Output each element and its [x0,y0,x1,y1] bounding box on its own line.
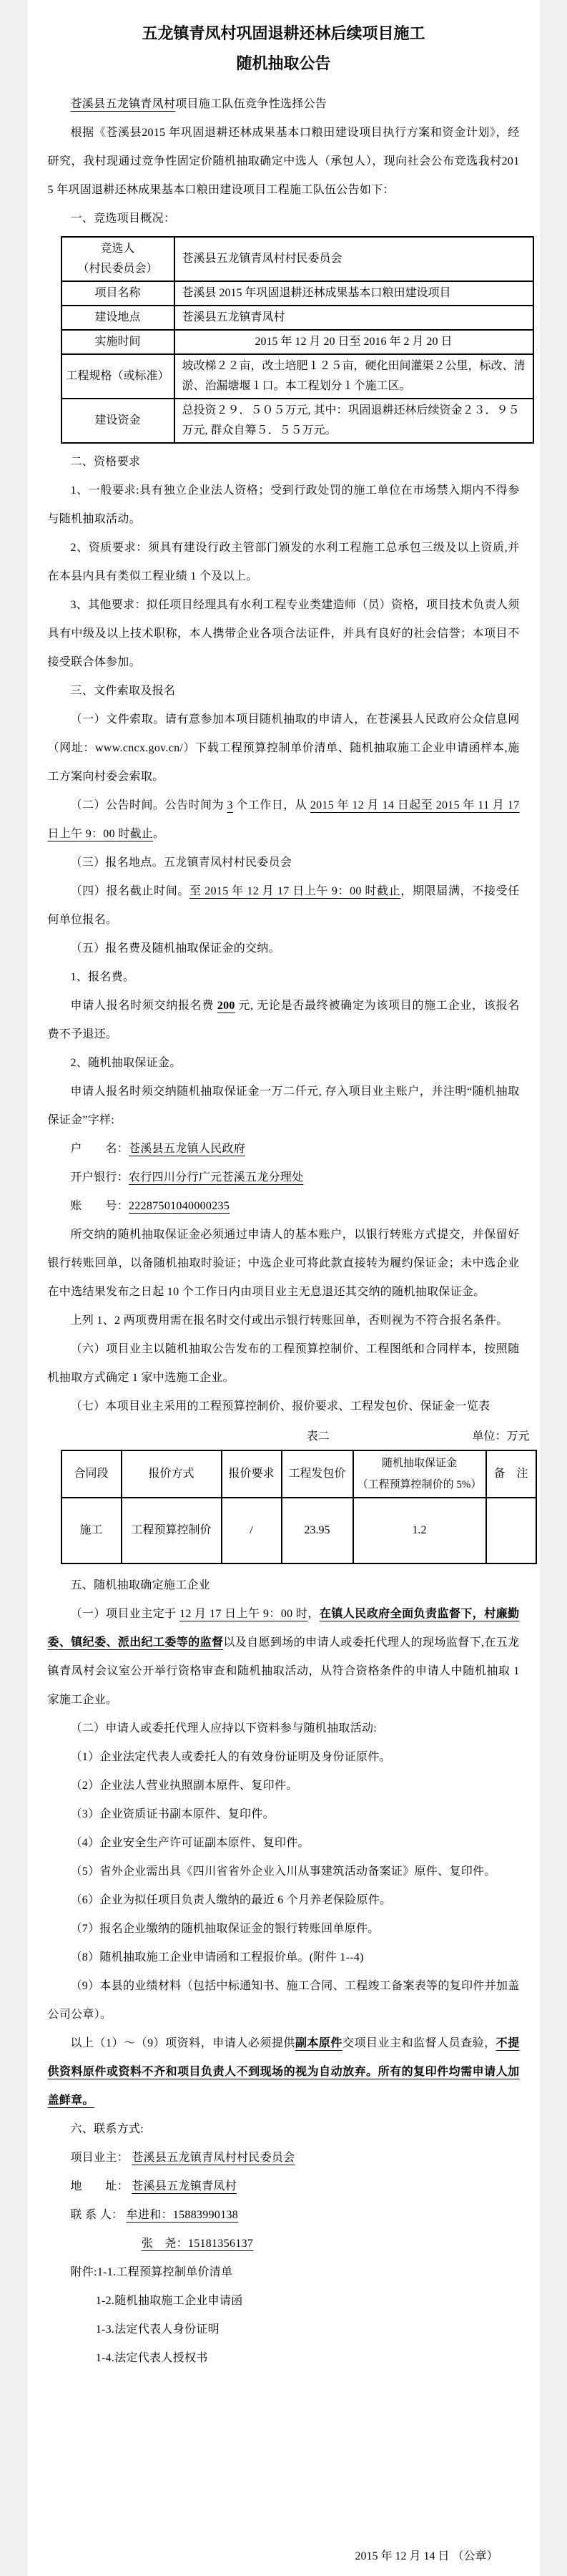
cell-label: 建设资金 [61,399,174,443]
cell-label: 竞选人 （村民委员会） [61,237,174,281]
header-cell: 报价要求 [222,1450,282,1498]
attachment-item: 1-2.随机抽取施工企业申请函 [48,2287,520,2316]
attachment-item: 1-4.法定代表人授权书 [48,2344,520,2373]
list-item: （3）企业资质证书副本原件、复印件。 [48,1800,520,1829]
list-item: （7）报名企业缴纳的随机抽取保证金的银行转账回单原件。 [48,1915,520,1943]
paragraph: （七）本项目业主采用的工程预算控制价、报价要求、工程发包价、保证金一览表 [48,1392,520,1421]
cell-quote-method: 工程预算控制价 [122,1498,222,1563]
paragraph: 申请人报名时须交纳随机抽取保证金一万二仟元, 存入项目业主账户，并注明“随机抽取… [48,1078,520,1135]
price-table-caption-row: 表二 单位：万元 [61,1421,534,1450]
paragraph: （五）报名费及随机抽取保证金的交纳。 [48,935,520,963]
list-item: （9）本县的业绩材料（包括中标通知书、施工合同、工程竣工备案表等的复印件并加盖公… [48,1972,520,2029]
document-page: 五龙镇青凤村巩固退耕还林后续项目施工 随机抽取公告 苍溪县五龙镇青凤村项目施工队… [28,0,540,2576]
header-cell: 合同段 [61,1450,122,1498]
paragraph: 上列 1、2 两项费用需在报名时交付或出示银行转账回单，否则视为不符合报名条件。 [48,1307,520,1335]
table-row: 施工 工程预算控制价 / 23.95 1.2 [61,1498,536,1563]
cell-value: 苍溪县 2015 年巩固退耕还林成果基本口粮田建设项目 [174,281,533,306]
paragraph: （四）报名截止时间。至 2015 年 12 月 17 日上午 9：00 时截止，… [48,877,520,935]
attachment-item: 1-3.法定代表人身份证明 [48,2316,520,2344]
contact-owner: 项目业主： 苍溪县五龙镇青凤村村民委员会 [48,2144,520,2172]
contact-person-1: 联 系 人： 牟进和：15883990138 [48,2201,520,2230]
section-heading-3: 三、文件索取及报名 [48,677,520,706]
section-heading-2: 二、资格要求 [48,448,520,477]
bank-account-number: 账 号：22287501040000235 [48,1192,520,1221]
paragraph: （二）公告时间。公告时间为 3 个工作日，从 2015 年 12 月 14 日起… [48,791,520,849]
title-line-1: 五龙镇青凤村巩固退耕还林后续项目施工 [48,19,520,49]
header-cell: 报价方式 [122,1450,222,1498]
paragraph: 3、其他要求：拟任项目经理具有水利工程专业类建造师（员）资格，项目技术负责人须具… [48,591,520,677]
cell-quote-requirement: / [222,1498,282,1563]
table-row: 建设资金 总投资２９．５０５万元, 其中：巩固退耕还林后续资金２３．９５万元, … [61,399,533,443]
table-row: 建设地点 苍溪县五龙镇青凤村 [61,306,533,330]
footer-date: 2015 年 12 月 14 日 （公章） [355,2547,498,2563]
paragraph: 2、随机抽取保证金。 [48,1049,520,1078]
cell-contract-section: 施工 [61,1498,122,1563]
paragraph-intro: 根据《苍溪县2015 年巩固退耕还林成果基本口粮田建设项目执行方案和资金计划》，… [48,119,520,205]
section-heading-5: 五、随机抽取确定施工企业 [48,1571,520,1600]
table-header-row: 合同段 报价方式 报价要求 工程发包价 随机抽取保证金 （工程预算控制价的 5%… [61,1450,536,1498]
paragraph: 1、报名费。 [48,963,520,992]
price-table-unit: 单位：万元 [472,1427,529,1443]
list-item: （5）省外企业需出具《四川省省外企业入川从事建筑活动备案证》原件、复印件。 [48,1858,520,1886]
price-table: 合同段 报价方式 报价要求 工程发包价 随机抽取保证金 （工程预算控制价的 5%… [61,1450,537,1564]
list-item: （2）企业法人营业执照副本原件、复印件。 [48,1772,520,1800]
price-table-caption: 表二 [307,1427,330,1443]
cell-value: 2015 年 12 月 20 日至 2016 年 2 月 20 日 [174,330,533,354]
document-canvas: 五龙镇青凤村巩固退耕还林后续项目施工 随机抽取公告 苍溪县五龙镇青凤村项目施工队… [0,0,567,2576]
paragraph: （六）项目业主以随机抽取公告发布的工程预算控制价、工程图纸和合同样本，按照随机抽… [48,1335,520,1392]
list-item: （6）企业为拟任项目负责人缴纳的最近 6 个月养老保险原件。 [48,1886,520,1915]
section-heading-6: 六、联系方式: [48,2115,520,2144]
header-cell: 随机抽取保证金 （工程预算控制价的 5%） [353,1450,486,1498]
list-item: （8）随机抽取施工企业申请函和工程报价单。(附件 1--4) [48,1943,520,1972]
cell-contract-price: 23.95 [282,1498,353,1563]
cell-value: 坡改梯２２亩，改土培肥１２５亩，硬化田间灌渠２公里，标改、清淤、治漏塘堰１口。本… [174,354,533,399]
cell-label: 建设地点 [61,306,174,330]
paragraph: （一）项目业主定于 12 月 17 日上午 9：00 时，在镇人民政府全面负责监… [48,1600,520,1714]
contact-address: 地 址： 苍溪县五龙镇青凤村 [48,2172,520,2201]
attachment-item: 附件:1-1.工程预算控制单价清单 [48,2258,520,2287]
cell-label: 工程规格（或标准） [61,354,174,399]
paragraph: 2、资质要求：须具有建设行政主管部门颁发的水利工程施工总承包三级及以上资质,并在… [48,534,520,591]
cell-remark [486,1498,536,1563]
cell-deposit: 1.2 [353,1498,486,1563]
list-item: （4）企业安全生产许可证副本原件、复印件。 [48,1829,520,1858]
bank-account-name: 户 名：苍溪县五龙镇人民政府 [48,1135,520,1163]
paragraph: 申请人报名时须交纳报名费 200 元, 无论是否最终被确定为该项目的施工企业，该… [48,992,520,1049]
project-overview-table: 竞选人 （村民委员会） 苍溪县五龙镇青凤村村民委员会 项目名称 苍溪县 2015… [61,236,534,444]
paragraph: 所交纳的随机抽取保证金必须通过申请人的基本账户，以银行转账方式提交，并保留好银行… [48,1221,520,1307]
paragraph-subtitle: 苍溪县五龙镇青凤村项目施工队伍竞争性选择公告 [48,90,520,119]
cell-value: 苍溪县五龙镇青凤村村民委员会 [174,237,533,281]
cell-label: 实施时间 [61,330,174,354]
paragraph: （二）申请人或委托代理人应持以下资料参与随机抽取活动: [48,1714,520,1743]
table-row: 竞选人 （村民委员会） 苍溪县五龙镇青凤村村民委员会 [61,237,533,281]
header-cell: 备 注 [486,1450,536,1498]
cell-label: 项目名称 [61,281,174,306]
paragraph: 以上（1）～（9）项资料，申请人必须提供副本原件交项目业主和监督人员查验，不提供… [48,2029,520,2115]
paragraph: 1、一般要求:具有独立企业法人资格；受到行政处罚的施工单位在市场禁入期内不得参与… [48,477,520,534]
paragraph: （三）报名地点。五龙镇青凤村村民委员会 [48,849,520,877]
cell-value: 总投资２９．５０５万元, 其中：巩固退耕还林后续资金２３．９５万元, 群众自筹５… [174,399,533,443]
cell-value: 苍溪县五龙镇青凤村 [174,306,533,330]
table-row: 实施时间 2015 年 12 月 20 日至 2016 年 2 月 20 日 [61,330,533,354]
header-cell: 工程发包价 [282,1450,353,1498]
bank-branch: 开户银行：农行四川分行广元苍溪五龙分理处 [48,1163,520,1192]
document-title: 五龙镇青凤村巩固退耕还林后续项目施工 随机抽取公告 [48,19,520,79]
section-heading-1: 一、竞选项目概况： [48,205,520,233]
table-row: 项目名称 苍溪县 2015 年巩固退耕还林成果基本口粮田建设项目 [61,281,533,306]
title-line-2: 随机抽取公告 [48,49,520,79]
table-row: 工程规格（或标准） 坡改梯２２亩，改土培肥１２５亩，硬化田间灌渠２公里，标改、清… [61,354,533,399]
contact-person-2: 张 尧：15181356137 [48,2230,520,2258]
paragraph: （一）文件索取。请有意参加本项目随机抽取的申请人，在苍溪县人民政府公众信息网（网… [48,706,520,791]
list-item: （1）企业法定代表人或委托人的有效身份证明及身份证原件。 [48,1743,520,1772]
